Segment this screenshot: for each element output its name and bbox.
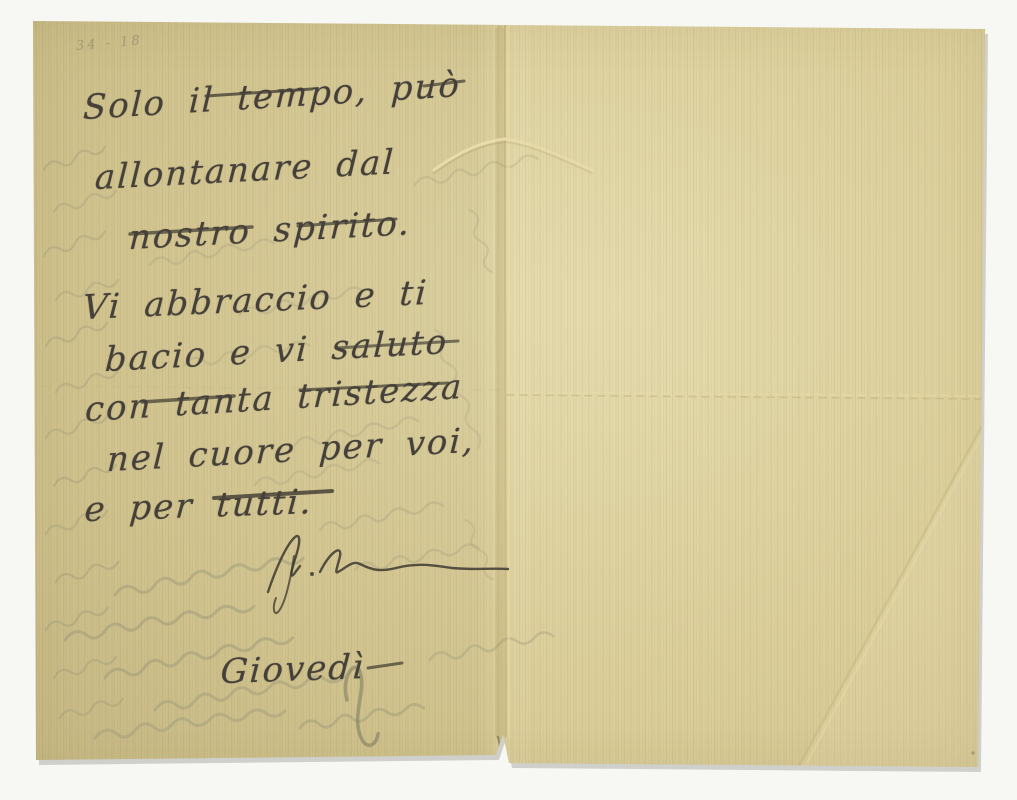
signature-flourish bbox=[268, 536, 508, 613]
center-fold-highlight bbox=[508, 25, 509, 737]
center-fold-crease bbox=[505, 23, 506, 737]
paper-speck bbox=[971, 751, 974, 754]
letter-scan: 34 - 18 Solo il tempo, può allontanare d… bbox=[0, 0, 1017, 800]
paper-sheet: 34 - 18 Solo il tempo, può allontanare d… bbox=[0, 0, 1017, 800]
date-line: Giovedì bbox=[219, 647, 366, 692]
handwritten-line-8: e per tutti. bbox=[83, 482, 314, 530]
